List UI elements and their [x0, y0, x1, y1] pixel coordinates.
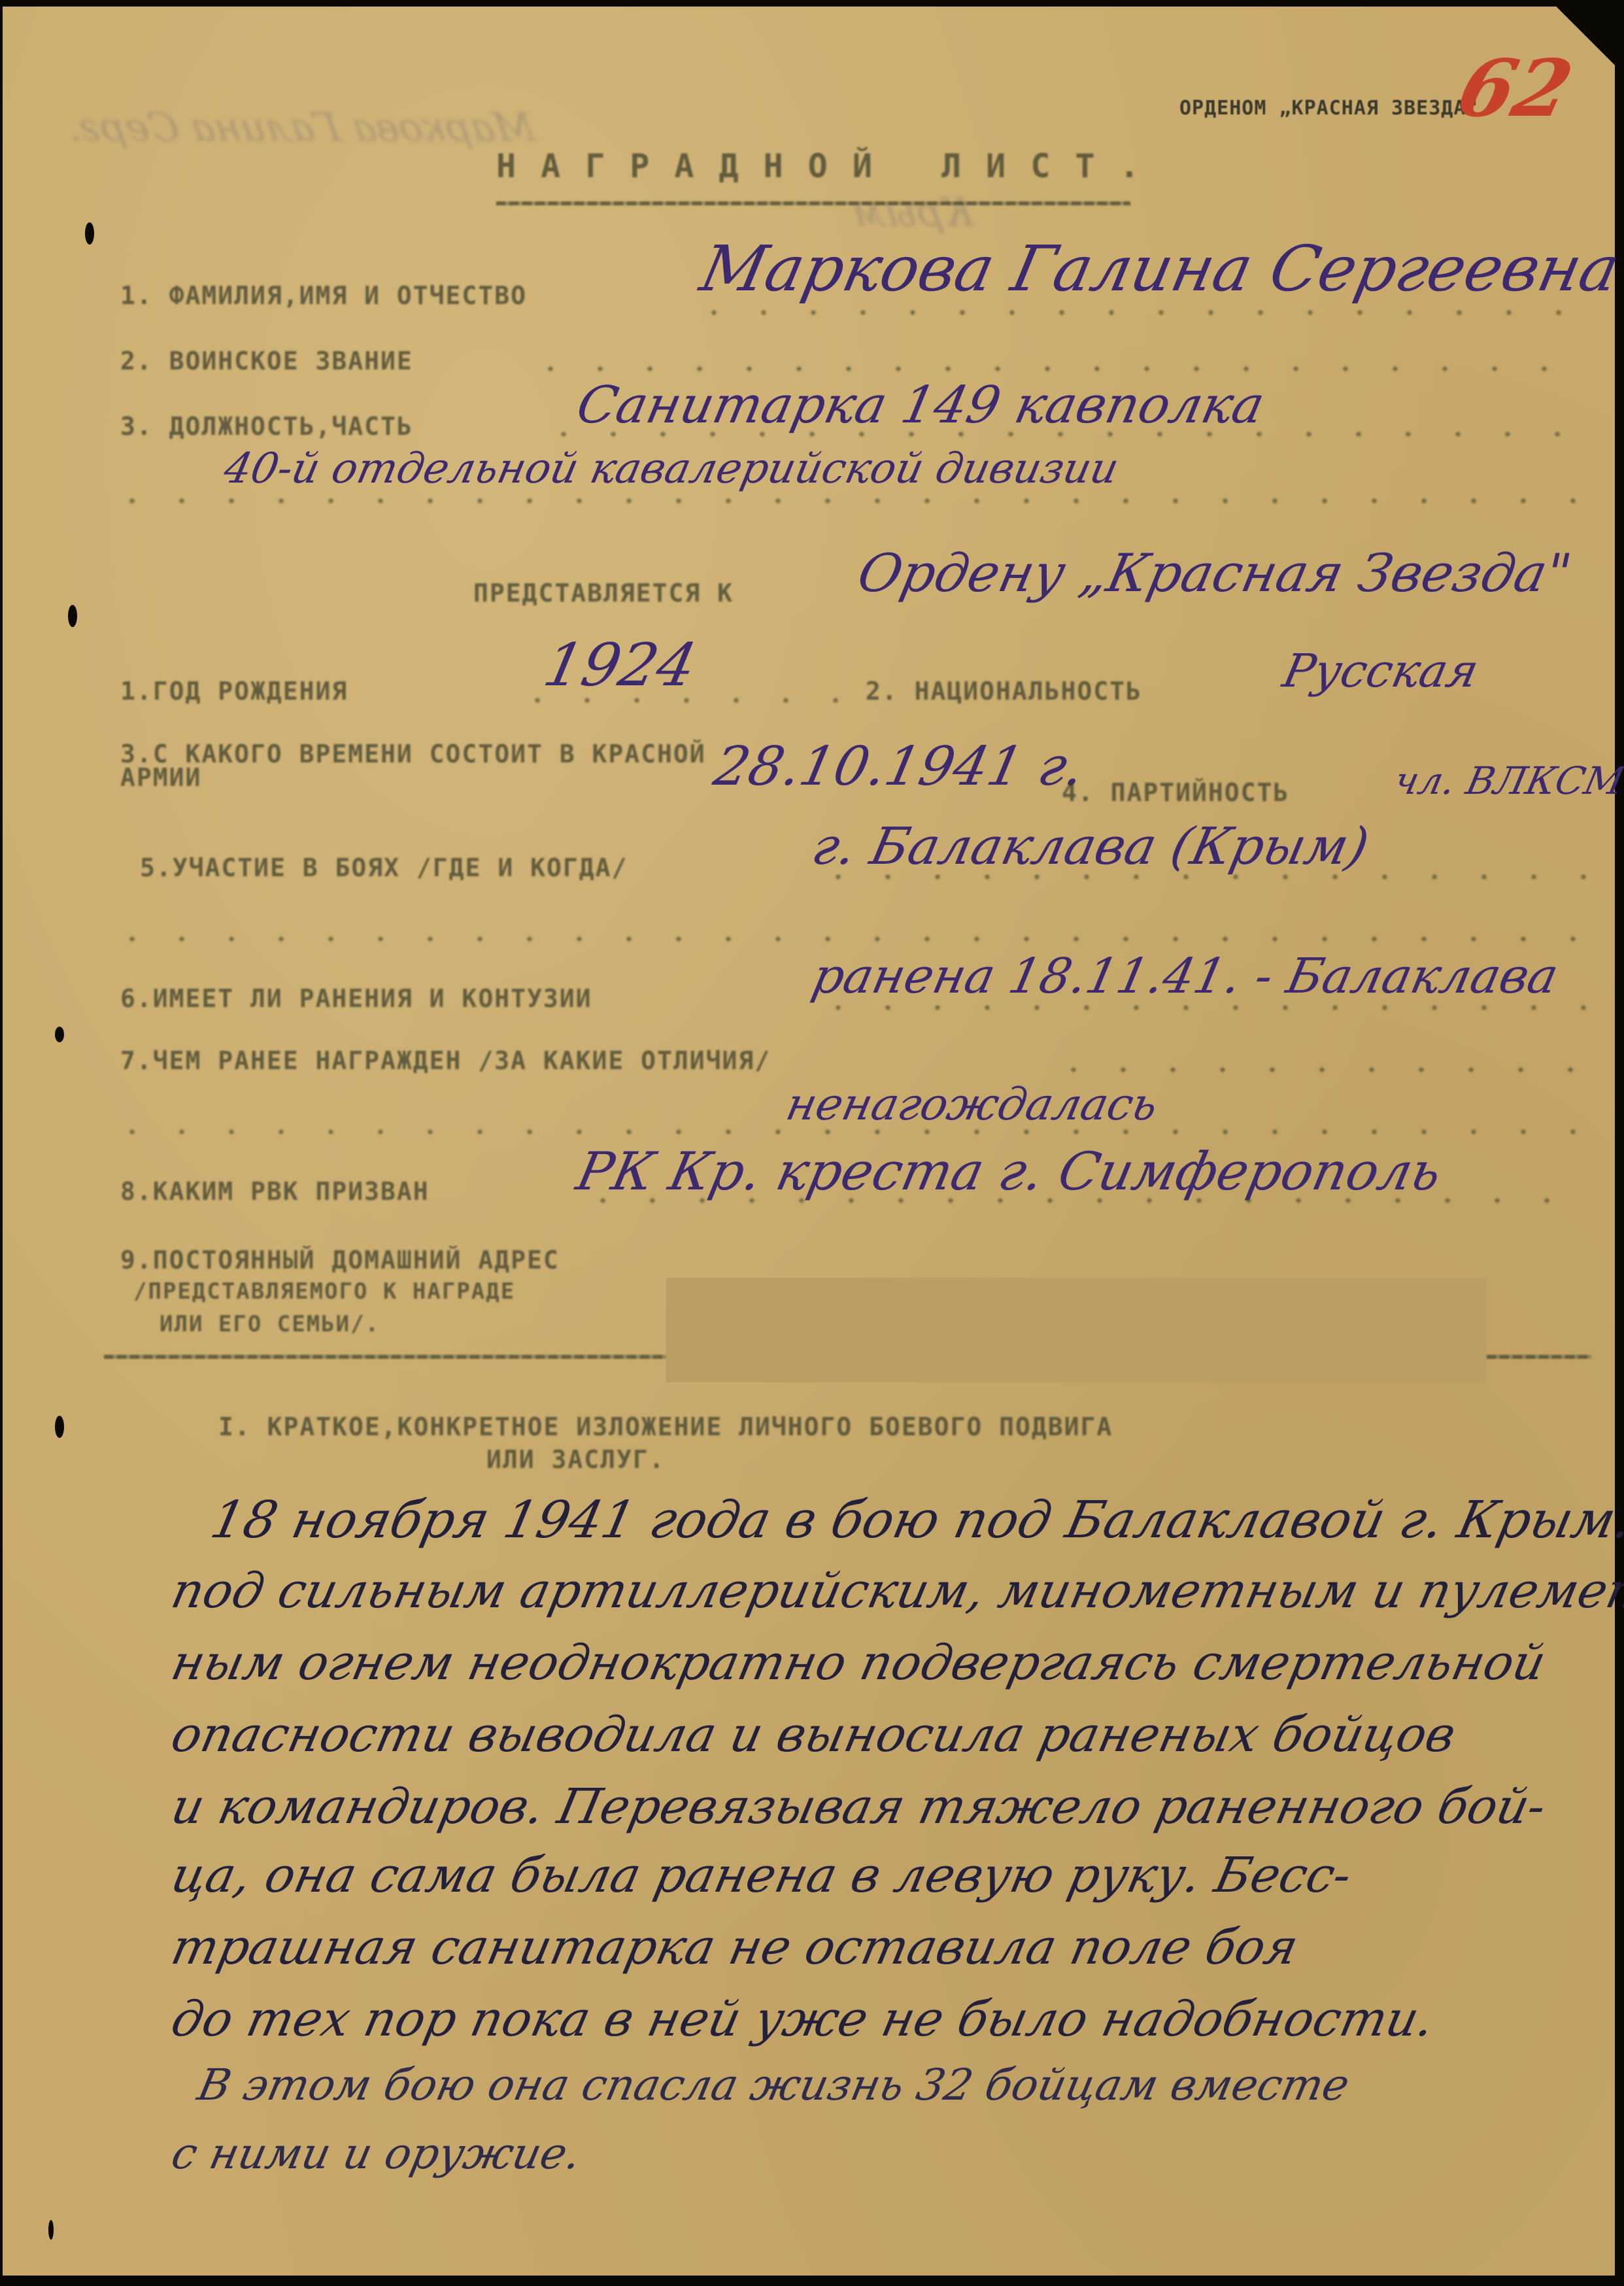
fill-dots — [526, 365, 1591, 373]
narrative-line: и командиров. Перевязывая тяжело раненно… — [167, 1779, 1551, 1835]
narrative-line: ным огнем неоднократно подвергаясь смерт… — [167, 1635, 1551, 1691]
presented-to-label: ПРЕДСТАВЛЯЕТСЯ К — [473, 579, 734, 607]
field-label-home-address-line2: /представляемого к награде — [133, 1278, 515, 1305]
field-label-previous-awards: 7.ЧЕМ РАНЕЕ НАГРАЖДЕН /за какие отличия/ — [120, 1046, 771, 1075]
field-label-position-unit: 3. ДОЛЖНОСТЬ,ЧАСТЬ — [120, 412, 413, 441]
field-label-drafted-by: 8.КАКИМ РВК ПРИЗВАН — [120, 1177, 430, 1206]
award-sheet-page: ОРДЕНОМ „КРАСНАЯ ЗВЕЗДА" 62 Маркова Гали… — [3, 7, 1615, 2276]
award-type-stamp: ОРДЕНОМ „КРАСНАЯ ЗВЕЗДА" — [1179, 97, 1478, 120]
fill-dots — [813, 1004, 1591, 1012]
narrative-line: опасности выводила и выносила раненых бо… — [167, 1707, 1461, 1763]
redacted-address-block — [666, 1278, 1487, 1382]
field-value-previous-awards: ненагождалась — [782, 1079, 1162, 1131]
field-label-service-since-text: 3.С КАКОГО ВРЕМЕНИ СОСТОИТ В КРАСНОЙ АРМ… — [120, 740, 706, 792]
punch-hole — [68, 605, 77, 627]
fill-dots — [578, 1197, 1591, 1204]
field-label-full-name: 1. ФАМИЛИЯ,ИМЯ И ОТЧЕСТВО — [120, 281, 527, 310]
title-underline — [496, 201, 1130, 205]
narrative-heading: I. КРАТКОЕ,КОНКРЕТНОЕ ИЗЛОЖЕНИЕ ЛИЧНОГО … — [218, 1412, 1113, 1441]
field-value-service-since: 28.10.1941 г. — [709, 736, 1090, 798]
field-value-wounds: ранена 18.11.41. - Балаклава — [807, 948, 1563, 1004]
fill-dots — [689, 309, 1591, 316]
punch-hole — [48, 2220, 54, 2240]
field-value-position-unit: Санитарка 149 кавполка — [571, 376, 1269, 435]
narrative-line: В этом бою она спасла жизнь 32 бойцам вм… — [194, 2060, 1354, 2110]
field-label-nationality: 2. НАЦИОНАЛЬНОСТЬ — [866, 677, 1142, 706]
field-value-drafted-by: РК Кр. креста г. Симферополь — [571, 1141, 1447, 1202]
field-label-birth-year: 1.ГОД РОЖДЕНИЯ — [120, 677, 348, 706]
section-divider — [1487, 1355, 1591, 1359]
narrative-line: 18 ноября 1941 года в бою под Балаклавой… — [205, 1491, 1624, 1550]
field-label-party: 4. ПАРТИЙНОСТЬ — [1062, 778, 1289, 807]
fill-dots — [513, 696, 839, 704]
document-title: НАГРАДНОЙ ЛИСТ. — [496, 147, 1164, 185]
narrative-line: под сильным артиллерийским, минометным и… — [167, 1563, 1624, 1619]
fill-dots — [107, 935, 1591, 943]
field-value-position-unit-line2: 40-й отдельной кавалерийской дивизии — [220, 445, 1123, 493]
field-label-home-address: 9.ПОСТОЯННЫЙ ДОМАШНИЙ АДРЕС — [120, 1246, 560, 1274]
narrative-heading-line2: ИЛИ ЗАСЛУГ. — [486, 1445, 666, 1474]
narrative-line: с ними и оружие. — [167, 2128, 586, 2179]
page-number-red-pencil: 62 — [1449, 43, 1581, 135]
fill-dots — [107, 497, 1591, 505]
field-value-battles: г. Балаклава (Крым) — [807, 817, 1374, 876]
field-label-rank: 2. ВОИНСКОЕ ЗВАНИЕ — [120, 347, 413, 375]
field-label-wounds: 6.ИМЕЕТ ЛИ РАНЕНИЯ И КОНТУЗИИ — [120, 984, 592, 1013]
fill-dots — [1049, 1066, 1591, 1074]
punch-hole — [55, 1027, 64, 1042]
fill-dots — [813, 873, 1591, 881]
field-value-full-name: Маркова Галина Сергеевна — [694, 232, 1624, 305]
field-label-battles: 5.УЧАСТИЕ В БОЯХ /где и когда/ — [140, 853, 628, 882]
bleed-through-text: Маркова Галина Серг. — [64, 105, 539, 150]
field-value-nationality: Русская — [1278, 644, 1483, 698]
punch-hole — [85, 222, 94, 245]
presented-to-value: Ордену „Красная Звезда" — [853, 543, 1577, 604]
bleed-through-text: Крым — [849, 190, 977, 235]
field-value-party: чл. ВЛКСМ — [1391, 759, 1624, 803]
section-divider — [104, 1355, 666, 1359]
fill-dots — [107, 1128, 1591, 1136]
narrative-line: ца, она сама была ранена в левую руку. Б… — [167, 1847, 1357, 1903]
field-label-service-since: 3.С КАКОГО ВРЕМЕНИ СОСТОИТ В КРАСНОЙ АРМ… — [120, 742, 709, 789]
field-value-birth-year: 1924 — [538, 631, 702, 700]
punch-hole — [55, 1416, 64, 1438]
fill-dots — [539, 430, 1591, 438]
field-label-home-address-line3: или его семьи/. — [160, 1311, 380, 1337]
narrative-line: трашная санитарка не оставила поле боя — [167, 1919, 1303, 1975]
narrative-line: до тех пор пока в ней уже не было надобн… — [167, 1991, 1440, 2047]
